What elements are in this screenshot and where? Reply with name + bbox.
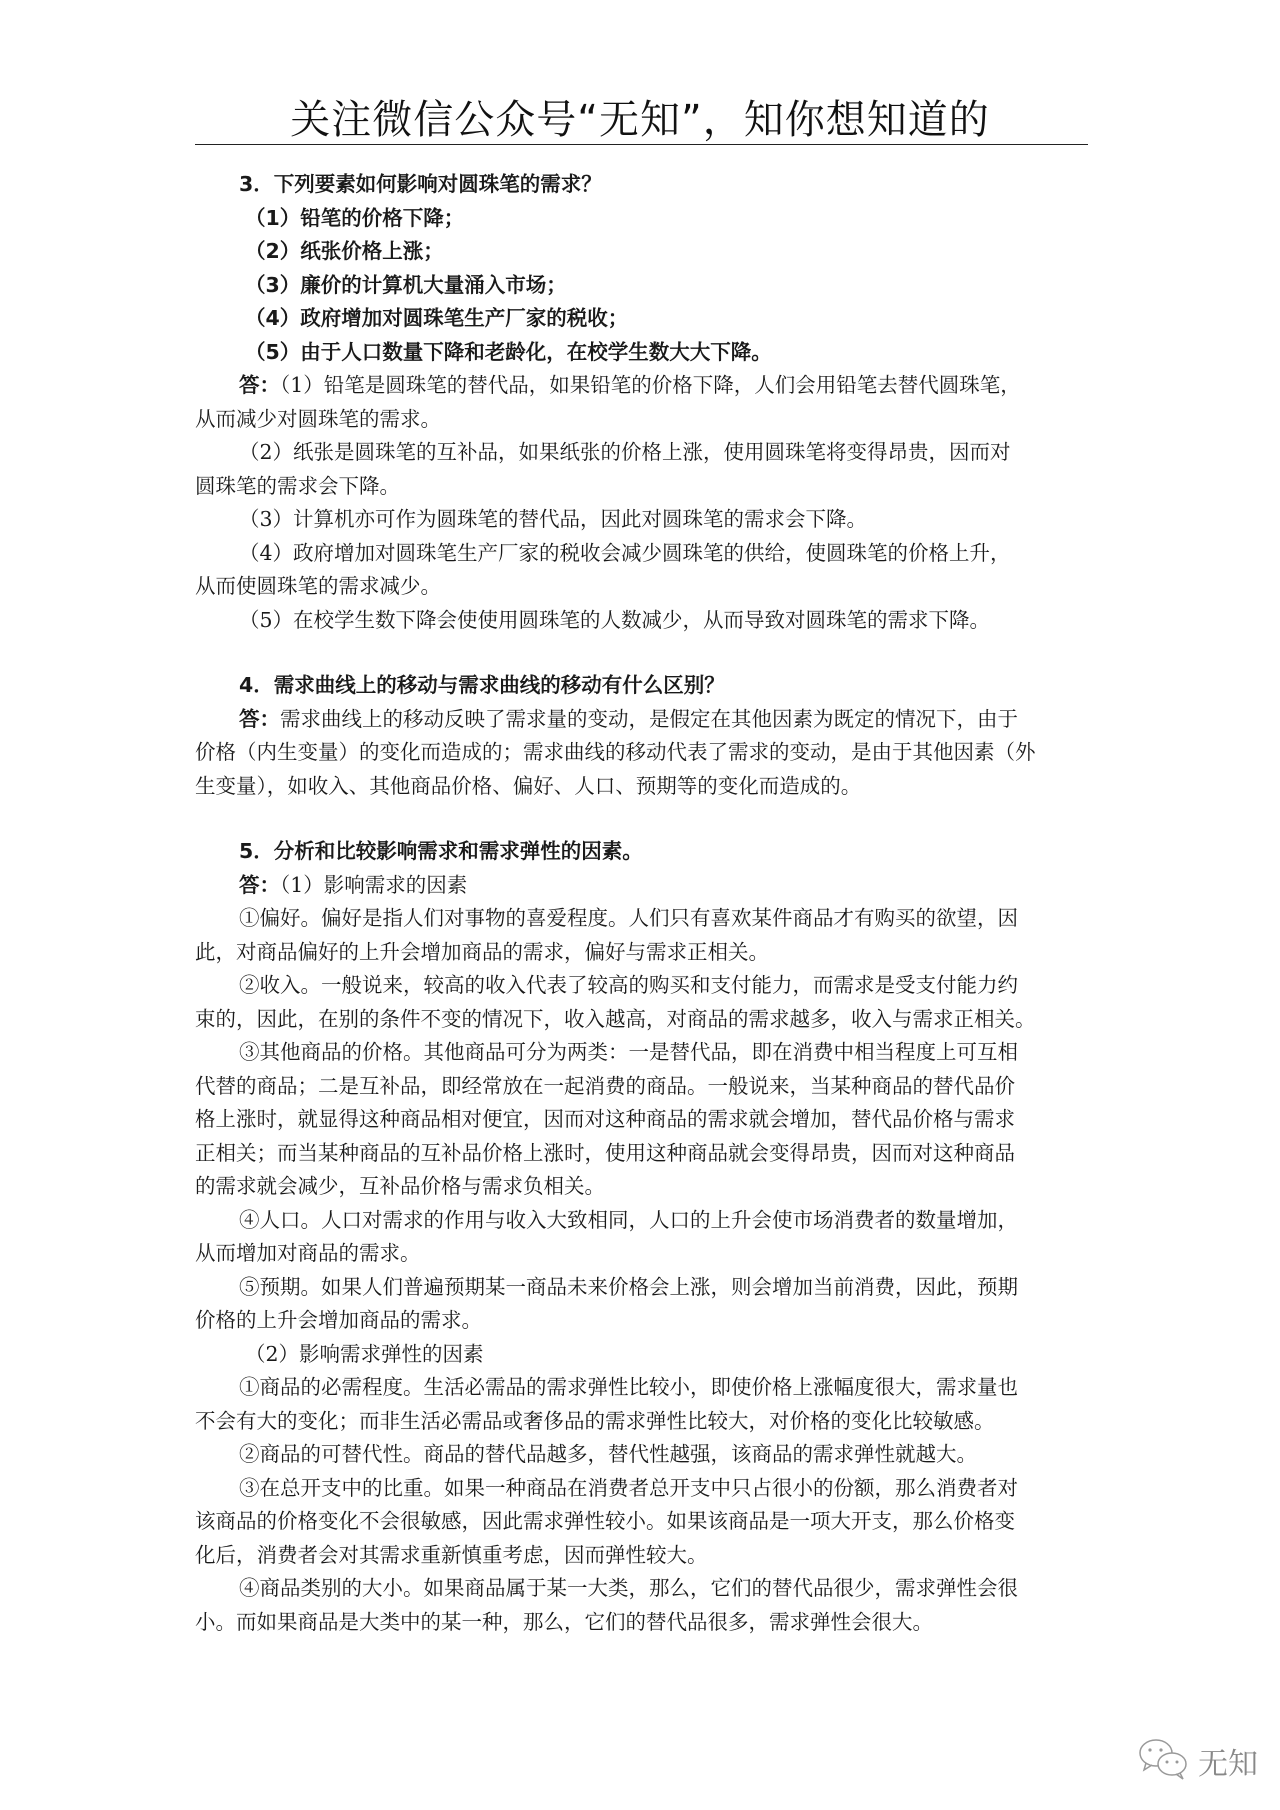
wechat-watermark: 无知 bbox=[1138, 1737, 1258, 1785]
question-5: 5．分析和比较影响需求和需求弹性的因素。 bbox=[195, 835, 1088, 869]
answer-5-line: 正相关；而当某种商品的互补品价格上涨时，使用这种商品就会变得昂贵，因而对这种商品 bbox=[195, 1137, 1088, 1171]
answer-4-line: 价格（内生变量）的变化而造成的；需求曲线的移动代表了需求的变动，是由于其他因素（… bbox=[195, 736, 1088, 770]
answer-text: （1）铅笔是圆珠笔的替代品，如果铅笔的价格下降，人们会用铅笔去替代圆珠笔， bbox=[280, 373, 1021, 397]
answer-5-line: ⑤预期。如果人们普遍预期某一商品未来价格会上涨，则会增加当前消费，因此，预期 bbox=[195, 1271, 1088, 1305]
answer-4-line: 答：需求曲线上的移动反映了需求量的变动，是假定在其他因素为既定的情况下，由于 bbox=[195, 703, 1088, 737]
answer-5-line: 代替的商品；二是互补品，即经常放在一起消费的商品。一般说来，当某种商品的替代品价 bbox=[195, 1070, 1088, 1104]
answer-5-line: ④商品类别的大小。如果商品属于某一大类，那么，它们的替代品很少，需求弹性会很 bbox=[195, 1572, 1088, 1606]
answer-3-line: 从而使圆珠笔的需求减少。 bbox=[195, 570, 1088, 604]
answer-3-line: （5）在校学生数下降会使使用圆珠笔的人数减少，从而导致对圆珠笔的需求下降。 bbox=[195, 604, 1088, 638]
answer-3-line: 圆珠笔的需求会下降。 bbox=[195, 470, 1088, 504]
answer-text: 需求曲线上的移动反映了需求量的变动，是假定在其他因素为既定的情况下，由于 bbox=[280, 707, 1018, 731]
answer-3-line: 答：（1）铅笔是圆珠笔的替代品，如果铅笔的价格下降，人们会用铅笔去替代圆珠笔， bbox=[195, 369, 1088, 403]
answer-5-line: ③在总开支中的比重。如果一种商品在消费者总开支中只占很小的份额，那么消费者对 bbox=[195, 1472, 1088, 1506]
answer-5-line: 束的，因此，在别的条件不变的情况下，收入越高，对商品的需求越多，收入与需求正相关… bbox=[195, 1003, 1088, 1037]
answer-5-line: 从而增加对商品的需求。 bbox=[195, 1237, 1088, 1271]
answer-5-line: ②商品的可替代性。商品的替代品越多，替代性越强，该商品的需求弹性就越大。 bbox=[195, 1438, 1088, 1472]
answer-5-part2-title: （2）影响需求弹性的因素 bbox=[195, 1338, 1088, 1372]
section-gap bbox=[195, 803, 1088, 835]
answer-3-line: （4）政府增加对圆珠笔生产厂家的税收会减少圆珠笔的供给，使圆珠笔的价格上升， bbox=[195, 537, 1088, 571]
page-header-title: 关注微信公众号“无知”，知你想知道的 bbox=[0, 88, 1280, 145]
answer-5-line: 该商品的价格变化不会很敏感，因此需求弹性较小。如果该商品是一项大开支，那么价格变 bbox=[195, 1505, 1088, 1539]
answer-5-line: 化后，消费者会对其需求重新慎重考虑，因而弹性较大。 bbox=[195, 1539, 1088, 1573]
answer-5-line: ①偏好。偏好是指人们对事物的喜爱程度。人们只有喜欢某件商品才有购买的欲望，因 bbox=[195, 902, 1088, 936]
answer-5-line: 此，对商品偏好的上升会增加商品的需求，偏好与需求正相关。 bbox=[195, 936, 1088, 970]
answer-5-line: ④人口。人口对需求的作用与收入大致相同，人口的上升会使市场消费者的数量增加， bbox=[195, 1204, 1088, 1238]
answer-4-line: 生变量），如收入、其他商品价格、偏好、人口、预期等的变化而造成的。 bbox=[195, 770, 1088, 804]
answer-5-line: 的需求就会减少，互补品价格与需求负相关。 bbox=[195, 1170, 1088, 1204]
header-divider bbox=[195, 144, 1088, 145]
question-4: 4．需求曲线上的移动与需求曲线的移动有什么区别？ bbox=[195, 669, 1088, 703]
question-3-item: （1）铅笔的价格下降； bbox=[195, 202, 1088, 236]
answer-5-part1-title: 答：（1）影响需求的因素 bbox=[195, 869, 1088, 903]
document-body: 3．下列要素如何影响对圆珠笔的需求？ （1）铅笔的价格下降； （2）纸张价格上涨… bbox=[195, 168, 1088, 1639]
wechat-icon bbox=[1138, 1737, 1190, 1785]
answer-3-line: 从而减少对圆珠笔的需求。 bbox=[195, 403, 1088, 437]
answer-5-line: ①商品的必需程度。生活必需品的需求弹性比较小，即使价格上涨幅度很大，需求量也 bbox=[195, 1371, 1088, 1405]
answer-label: 答： bbox=[239, 373, 280, 397]
question-3-item: （5）由于人口数量下降和老龄化，在校学生数大大下降。 bbox=[195, 336, 1088, 370]
watermark-text: 无知 bbox=[1198, 1739, 1258, 1783]
answer-5-line: 格上涨时，就显得这种商品相对便宜，因而对这种商品的需求就会增加，替代品价格与需求 bbox=[195, 1103, 1088, 1137]
answer-5-line: 不会有大的变化；而非生活必需品或奢侈品的需求弹性比较大，对价格的变化比较敏感。 bbox=[195, 1405, 1088, 1439]
answer-label: 答： bbox=[239, 707, 280, 731]
answer-3-line: （2）纸张是圆珠笔的互补品，如果纸张的价格上涨，使用圆珠笔将变得昂贵，因而对 bbox=[195, 436, 1088, 470]
answer-5-line: 价格的上升会增加商品的需求。 bbox=[195, 1304, 1088, 1338]
answer-5-line: ②收入。一般说来，较高的收入代表了较高的购买和支付能力，而需求是受支付能力约 bbox=[195, 969, 1088, 1003]
answer-5-line: ③其他商品的价格。其他商品可分为两类：一是替代品，即在消费中相当程度上可互相 bbox=[195, 1036, 1088, 1070]
question-3-item: （2）纸张价格上涨； bbox=[195, 235, 1088, 269]
answer-3-line: （3）计算机亦可作为圆珠笔的替代品，因此对圆珠笔的需求会下降。 bbox=[195, 503, 1088, 537]
answer-text: （1）影响需求的因素 bbox=[280, 873, 467, 897]
question-3: 3．下列要素如何影响对圆珠笔的需求？ bbox=[195, 168, 1088, 202]
question-3-item: （3）廉价的计算机大量涌入市场； bbox=[195, 269, 1088, 303]
question-3-item: （4）政府增加对圆珠笔生产厂家的税收； bbox=[195, 302, 1088, 336]
answer-label: 答： bbox=[239, 873, 280, 897]
section-gap bbox=[195, 637, 1088, 669]
answer-5-line: 小。而如果商品是大类中的某一种，那么，它们的替代品很多，需求弹性会很大。 bbox=[195, 1606, 1088, 1640]
